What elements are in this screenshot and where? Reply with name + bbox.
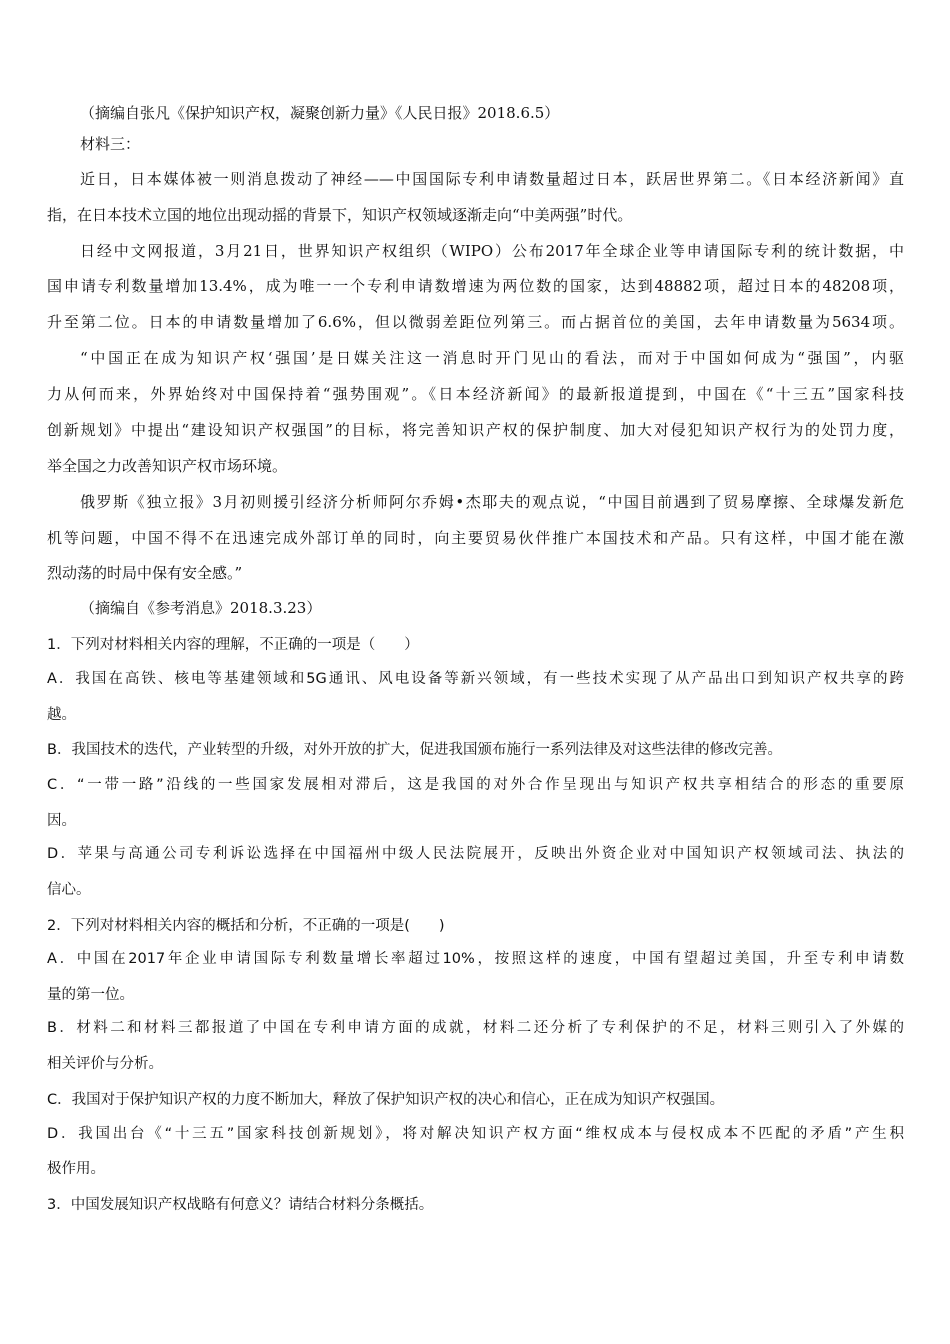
paragraph-line: “中国正在成为知识产权‘强国’是日媒关注这一消息时开门见山的看法，而对于中国如何… (80, 347, 904, 369)
question-2-option-a: 量的第一位。 (47, 984, 904, 1006)
question-1-option-b: B．我国技术的迭代，产业转型的升级，对外开放的扩大，促进我国颁布施行一系列法律及… (47, 739, 904, 761)
question-2-option-b: B．材料二和材料三都报道了中国在专利申请方面的成就，材料二还分析了专利保护的不足… (47, 1017, 904, 1039)
question-2-option-b: 相关评价与分析。 (47, 1053, 904, 1075)
question-2-option-a: A．中国在2017年企业申请国际专利数量增长率超过10%，按照这样的速度，中国有… (47, 948, 904, 970)
source-citation: （摘编自《参考消息》2018.3.23） (80, 597, 904, 619)
paragraph-line: 力从何而来，外界始终对中国保持着“强势围观”。《日本经济新闻》的最新报道提到，中… (47, 383, 904, 405)
question-1-option-a: 越。 (47, 704, 904, 726)
paragraph-line: 烈动荡的时局中保有安全感。” (47, 562, 904, 584)
question-1-option-d: 信心。 (47, 879, 904, 901)
question-2-option-d: D．我国出台《“十三五”国家科技创新规划》，将对解决知识产权方面“维权成本与侵权… (47, 1123, 904, 1145)
material-heading: 材料三： (80, 133, 904, 155)
paragraph-line: 创新规划》中提出“建设知识产权强国”的目标，将完善知识产权的保护制度、加大对侵犯… (47, 419, 904, 441)
question-1-option-d: D．苹果与高通公司专利诉讼选择在中国福州中级人民法院展开，反映出外资企业对中国知… (47, 843, 904, 865)
paragraph-line: 俄罗斯《独立报》3月初则援引经济分析师阿尔乔姆•杰耶夫的观点说，“中国目前遇到了… (80, 491, 904, 513)
paragraph-line: 国申请专利数量增加13.4%，成为唯一一个专利申请数增速为两位数的国家，达到48… (47, 275, 904, 297)
paragraph-line: 机等问题，中国不得不在迅速完成外部订单的同时，向主要贸易伙伴推广本国技术和产品。… (47, 527, 904, 549)
question-3-stem: 3．中国发展知识产权战略有何意义？请结合材料分条概括。 (47, 1194, 904, 1216)
question-2-stem: 2．下列对材料相关内容的概括和分析，不正确的一项是( ) (47, 915, 904, 937)
question-2-option-d: 极作用。 (47, 1158, 904, 1180)
paragraph-line: 升至第二位。日本的申请数量增加了6.6%，但以微弱差距位列第三。而占据首位的美国… (47, 311, 904, 333)
question-1-option-a: A．我国在高铁、核电等基建领域和5G通讯、风电设备等新兴领域，有一些技术实现了从… (47, 668, 904, 690)
paragraph-line: 日经中文网报道，3月21日，世界知识产权组织（WIPO）公布2017年全球企业等… (80, 240, 904, 262)
question-2-option-c: C．我国对于保护知识产权的力度不断加大，释放了保护知识产权的决心和信心，正在成为… (47, 1089, 904, 1111)
paragraph-line: 近日，日本媒体被一则消息拨动了神经——中国国际专利申请数量超过日本，跃居世界第二… (80, 168, 904, 190)
paragraph-line: 举全国之力改善知识产权市场环境。 (47, 455, 904, 477)
question-1-option-c: C．“一带一路”沿线的一些国家发展相对滞后，这是我国的对外合作呈现出与知识产权共… (47, 774, 904, 796)
question-1-option-c: 因。 (47, 810, 904, 832)
question-1-stem: 1．下列对材料相关内容的理解，不正确的一项是（ ） (47, 634, 904, 656)
source-citation: （摘编自张凡《保护知识产权，凝聚创新力量》《人民日报》2018.6.5） (80, 102, 904, 124)
paragraph-line: 指，在日本技术立国的地位出现动摇的背景下，知识产权领域逐渐走向“中美两强”时代。 (47, 204, 904, 226)
